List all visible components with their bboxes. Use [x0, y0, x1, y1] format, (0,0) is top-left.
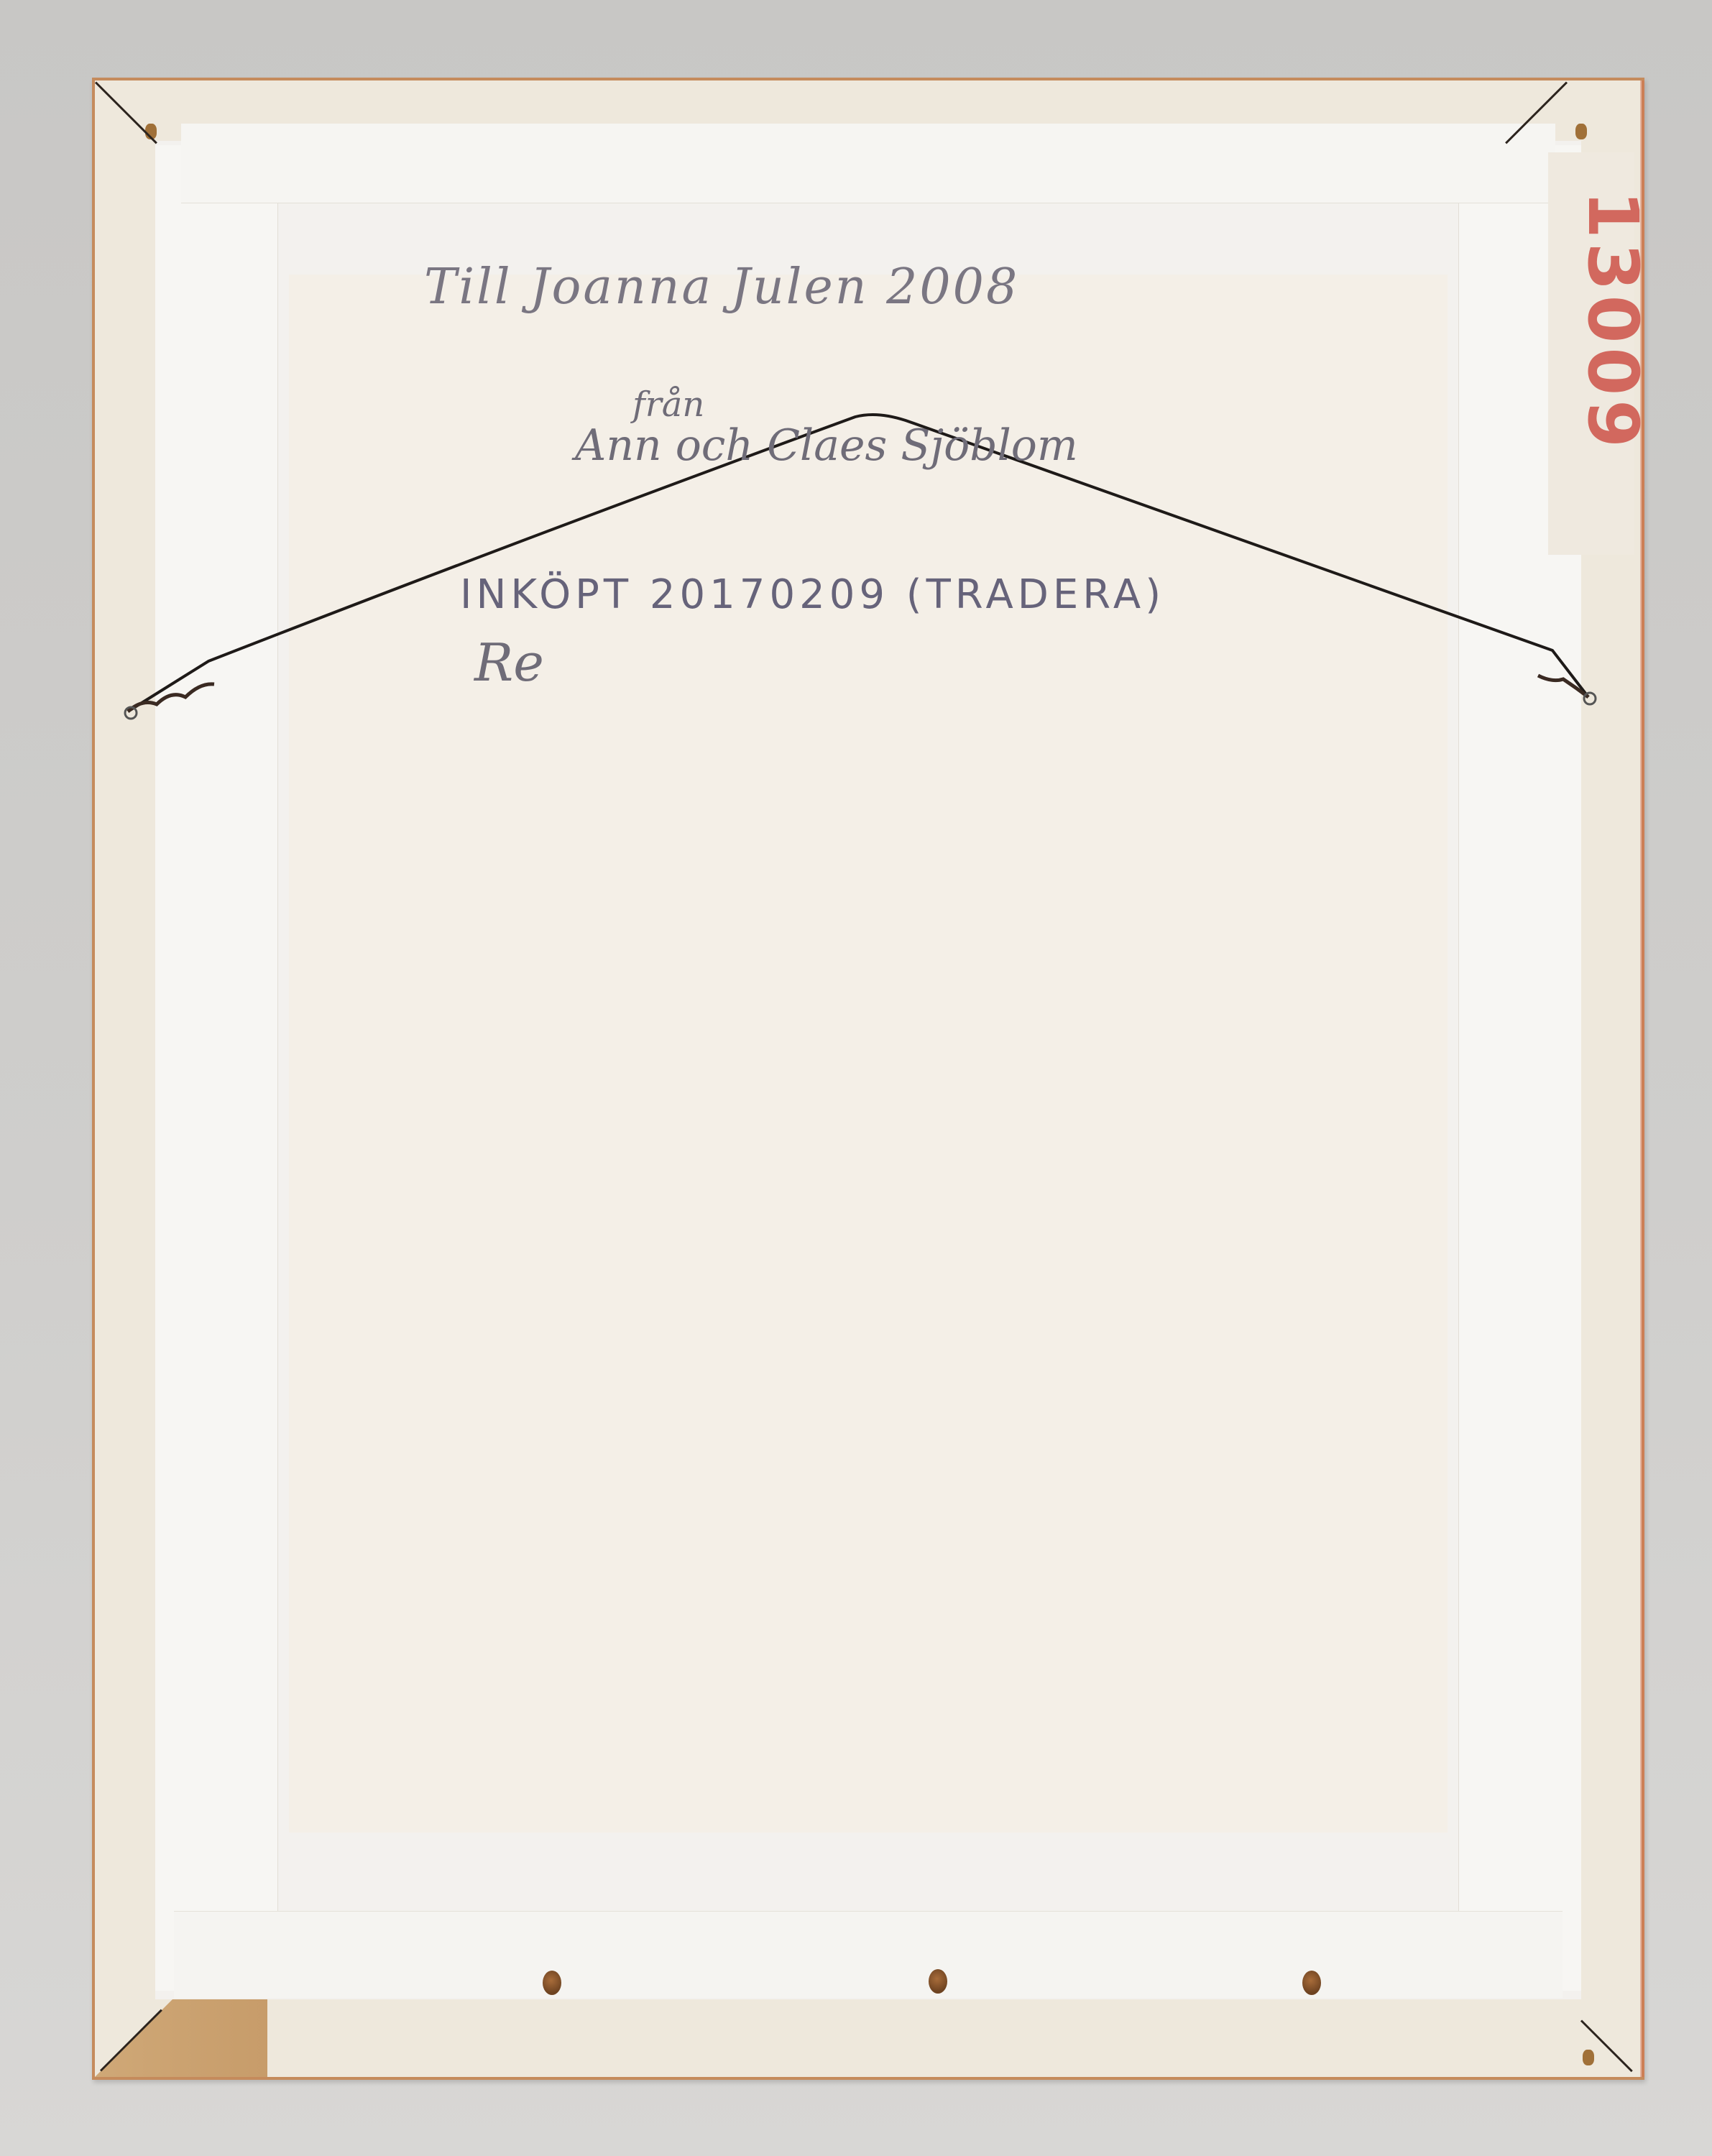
- names-inscription: Ann och Claes Sjöblom: [575, 420, 1078, 471]
- tape-top: [181, 124, 1555, 203]
- nail-icon: [1583, 2050, 1594, 2065]
- dedication-inscription: Till Joanna Julen 2008: [424, 259, 1019, 315]
- nail-icon: [1575, 124, 1587, 139]
- backing-paper: [289, 275, 1448, 1833]
- screw-icon: [929, 1969, 947, 1994]
- tape-bottom: [174, 1911, 1563, 1998]
- frame-corner-wood: [95, 1998, 267, 2077]
- screw-icon: [1302, 1971, 1321, 1995]
- initials-inscription: Re: [474, 632, 544, 693]
- inventory-number: 13009: [1573, 190, 1653, 452]
- from-inscription: från: [632, 384, 704, 425]
- screw-icon: [543, 1971, 561, 1995]
- tape-left: [155, 145, 278, 1991]
- purchase-inscription: INKÖPT 20170209 (TRADERA): [460, 571, 1165, 618]
- frame-back: [92, 78, 1644, 2080]
